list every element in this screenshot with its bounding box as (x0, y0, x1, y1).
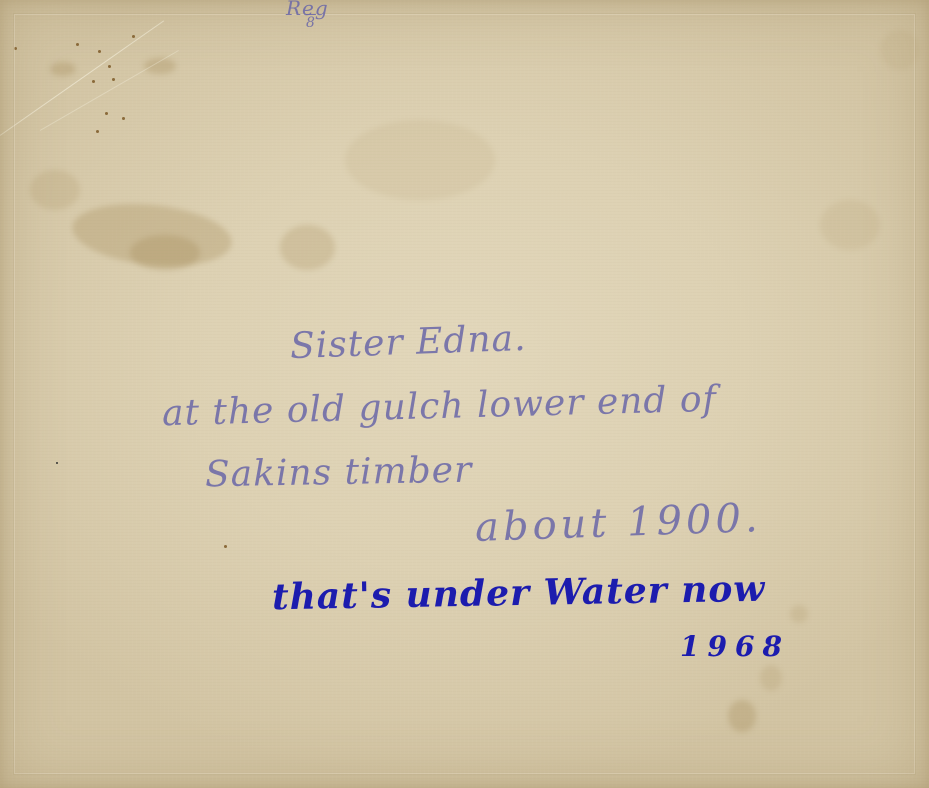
stain (130, 235, 200, 270)
caption-line-date: about 1900. (474, 495, 762, 551)
ink-year: 1968 (680, 630, 790, 663)
speck (76, 43, 79, 46)
stain (760, 665, 782, 691)
reference-sub: 8 (306, 15, 316, 31)
crease (0, 20, 164, 136)
speck (122, 117, 125, 120)
speck (96, 130, 99, 133)
speck (105, 112, 108, 115)
stain (345, 120, 495, 200)
caption-title: Sister Edna. (289, 318, 527, 367)
caption-line-location: at the old gulch lower end of (162, 379, 718, 435)
caption-line-place: Sakins timber (205, 450, 473, 496)
speck (14, 47, 17, 50)
speck (56, 462, 58, 464)
speck (108, 65, 111, 68)
speck (98, 50, 101, 53)
stain (820, 200, 880, 250)
speck (92, 80, 95, 83)
stain (280, 225, 335, 270)
stain (50, 62, 76, 76)
speck (224, 545, 227, 548)
stain (790, 605, 808, 623)
speck (132, 35, 135, 38)
speck (112, 78, 115, 81)
stain (30, 170, 80, 210)
stain (728, 700, 756, 732)
photo-back-card: Reg 8 Sister Edna. at the old gulch lowe… (0, 0, 929, 788)
stain (880, 30, 920, 70)
ink-note: that's under Water now (272, 568, 766, 619)
